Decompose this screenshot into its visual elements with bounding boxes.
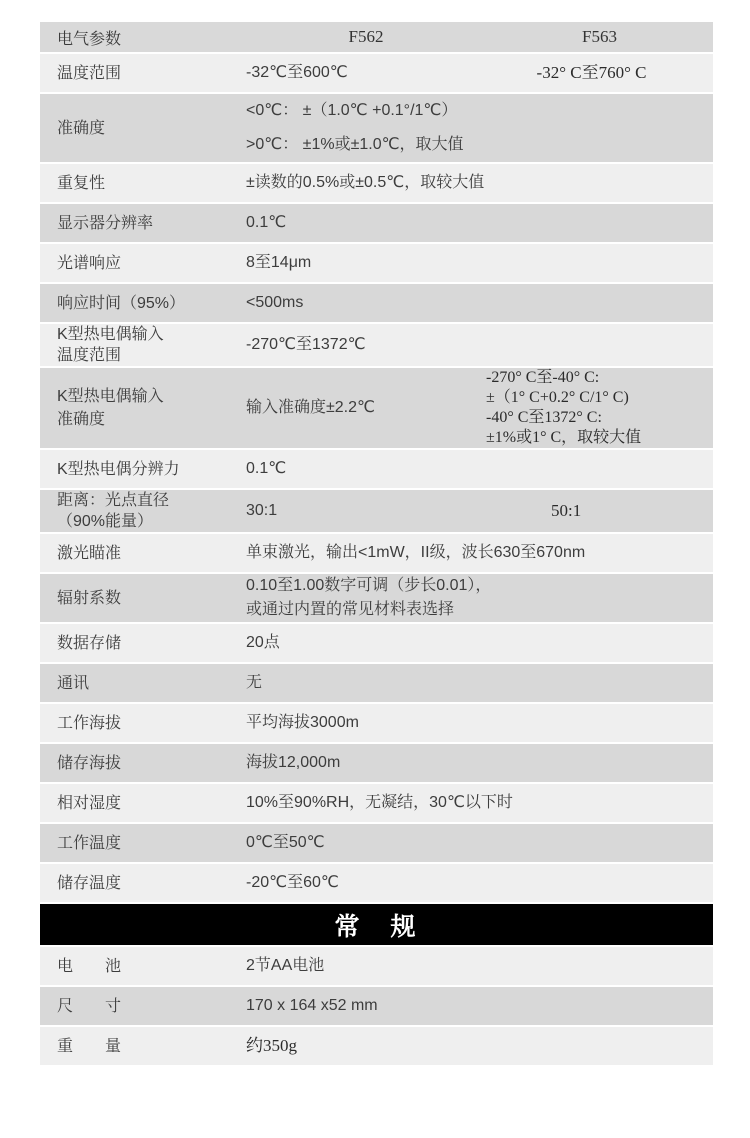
value-line: -270℃至1372℃ xyxy=(246,334,713,356)
table-row-emissivity: 辐射系数0.10至1.00数字可调（步长0.01），或通过内置的常见材料表选择 xyxy=(40,574,713,622)
param-label: K型热电偶输入准确度 xyxy=(40,385,246,431)
table-row-laser-sighting: 激光瞄准单束激光，输出<1mW，II级，波长630至670nm xyxy=(40,534,713,572)
param-label-line: 工作温度 xyxy=(57,832,246,855)
param-label-line: 温度范围 xyxy=(57,345,246,366)
param-label: 距离：光点直径（90%能量） xyxy=(40,490,246,532)
param-value: 0.10至1.00数字可调（步长0.01），或通过内置的常见材料表选择 xyxy=(246,574,713,622)
value-line: 单束激光，输出<1mW，II级，波长630至670nm xyxy=(246,542,713,564)
value-line: >0℃： ±1%或±1.0℃，取大值 xyxy=(246,128,713,162)
table-row-accuracy: 准确度<0℃： ±（1.0℃ +0.1°/1℃）>0℃： ±1%或±1.0℃，取… xyxy=(40,94,713,162)
param-label: 工作海拔 xyxy=(40,712,246,735)
param-label-line: 距离：光点直径 xyxy=(57,490,246,511)
param-label-line: 辐射系数 xyxy=(57,587,246,610)
value-line: -40° C至1372° C: xyxy=(486,408,713,428)
value-line: 50:1 xyxy=(551,500,713,522)
value-line: ±（1° C+0.2° C/1° C) xyxy=(486,388,713,408)
param-value-f562: 输入准确度±2.2℃ xyxy=(246,397,486,419)
param-label: K型热电偶输入温度范围 xyxy=(40,324,246,366)
param-label-line: 尺 寸 xyxy=(57,995,246,1018)
param-value: 约350g xyxy=(246,1035,713,1057)
param-label: 温度范围 xyxy=(40,62,246,85)
param-label-line: 重复性 xyxy=(57,172,246,195)
param-value: 0℃至50℃ xyxy=(246,832,713,854)
table-row-operating-altitude: 工作海拔平均海拔3000m xyxy=(40,704,713,742)
table-row-display-resolution: 显示器分辨率0.1℃ xyxy=(40,204,713,242)
param-label-line: 光谱响应 xyxy=(57,252,246,275)
param-value: 海拔12,000m xyxy=(246,752,713,774)
param-value: <500ms xyxy=(246,292,713,314)
param-label: 激光瞄准 xyxy=(40,542,246,565)
param-label: 工作温度 xyxy=(40,832,246,855)
param-value: 170 x 164 x52 mm xyxy=(246,995,713,1017)
spec-table: 电气参数 F562 F563 温度范围-32℃至600℃-32° C至760° … xyxy=(40,22,713,1067)
param-label-line: K型热电偶分辨力 xyxy=(57,458,246,481)
param-label: 重复性 xyxy=(40,172,246,195)
param-value: ±读数的0.5%或±0.5℃，取较大值 xyxy=(246,172,713,194)
table-row-storage-temp: 储存温度-20℃至60℃ xyxy=(40,864,713,902)
param-label-line: 储存温度 xyxy=(57,872,246,895)
param-label-line: 温度范围 xyxy=(57,62,246,85)
param-label: 重 量 xyxy=(40,1035,246,1058)
param-label: K型热电偶分辨力 xyxy=(40,458,246,481)
value-line: -20℃至60℃ xyxy=(246,872,713,894)
table-row-weight: 重 量约350g xyxy=(40,1027,713,1065)
header-electrical-params: 电气参数 xyxy=(40,26,246,49)
param-value: 8至14μm xyxy=(246,252,713,274)
value-line: 或通过内置的常见材料表选择 xyxy=(246,598,713,622)
param-value-f562: -32℃至600℃ xyxy=(246,62,486,84)
param-label-line: 工作海拔 xyxy=(57,712,246,735)
value-line: 0℃至50℃ xyxy=(246,832,713,854)
value-line: 0.10至1.00数字可调（步长0.01）， xyxy=(246,574,713,598)
param-value-f563: -32° C至760° C xyxy=(486,62,713,84)
value-line: 10%至90%RH，无凝结，30℃以下时 xyxy=(246,792,713,814)
table-row-battery: 电 池2节AA电池 xyxy=(40,947,713,985)
value-line: <0℃： ±（1.0℃ +0.1°/1℃） xyxy=(246,94,713,128)
param-label-line: 电 池 xyxy=(57,955,246,978)
param-value-f563: 50:1 xyxy=(486,500,713,522)
param-label: 准确度 xyxy=(40,117,246,140)
value-line: -32° C至760° C xyxy=(486,62,697,84)
param-label: 相对湿度 xyxy=(40,792,246,815)
param-label-line: 通讯 xyxy=(57,672,246,695)
value-line: -32℃至600℃ xyxy=(246,62,486,84)
table-row-storage-altitude: 储存海拔海拔12,000m xyxy=(40,744,713,782)
table-row-operating-temp: 工作温度0℃至50℃ xyxy=(40,824,713,862)
value-line: 170 x 164 x52 mm xyxy=(246,995,713,1017)
param-value: <0℃： ±（1.0℃ +0.1°/1℃）>0℃： ±1%或±1.0℃，取大值 xyxy=(246,94,713,162)
param-label: 通讯 xyxy=(40,672,246,695)
table-row-relative-humidity: 相对湿度10%至90%RH，无凝结，30℃以下时 xyxy=(40,784,713,822)
table-row-tc-input-range: K型热电偶输入温度范围-270℃至1372℃ xyxy=(40,324,713,366)
value-line: 输入准确度±2.2℃ xyxy=(246,397,486,419)
param-label: 储存温度 xyxy=(40,872,246,895)
param-value-f562: 30:1 xyxy=(246,500,486,522)
param-label-line: 重 量 xyxy=(57,1035,246,1058)
table-row-repeatability: 重复性±读数的0.5%或±0.5℃，取较大值 xyxy=(40,164,713,202)
param-value: 0.1℃ xyxy=(246,212,713,234)
table-body: 温度范围-32℃至600℃-32° C至760° C准确度<0℃： ±（1.0℃… xyxy=(40,54,713,1065)
param-label-line: 准确度 xyxy=(57,117,246,140)
table-row-communication: 通讯无 xyxy=(40,664,713,702)
param-value: 平均海拔3000m xyxy=(246,712,713,734)
param-value-f563: -270° C至-40° C:±（1° C+0.2° C/1° C)-40° C… xyxy=(486,368,713,448)
value-line: 2节AA电池 xyxy=(246,955,713,977)
table-header-row: 电气参数 F562 F563 xyxy=(40,22,713,52)
param-label: 数据存储 xyxy=(40,632,246,655)
param-label: 光谱响应 xyxy=(40,252,246,275)
param-label-line: 显示器分辨率 xyxy=(57,212,246,235)
param-value: 20点 xyxy=(246,632,713,654)
param-label-line: 响应时间（95%） xyxy=(57,292,246,315)
spec-sheet-page: 电气参数 F562 F563 温度范围-32℃至600℃-32° C至760° … xyxy=(0,0,750,1138)
table-row-data-storage: 数据存储20点 xyxy=(40,624,713,662)
value-line: ±读数的0.5%或±0.5℃，取较大值 xyxy=(246,172,713,194)
param-label: 尺 寸 xyxy=(40,995,246,1018)
param-label: 电 池 xyxy=(40,955,246,978)
value-line: 30:1 xyxy=(246,500,486,522)
value-line: 约350g xyxy=(246,1035,713,1057)
param-label-line: 激光瞄准 xyxy=(57,542,246,565)
param-label-line: K型热电偶输入 xyxy=(57,385,246,408)
param-label-line: 相对湿度 xyxy=(57,792,246,815)
table-row-tc-input-accuracy: K型热电偶输入准确度输入准确度±2.2℃-270° C至-40° C:±（1° … xyxy=(40,368,713,448)
param-label-line: 数据存储 xyxy=(57,632,246,655)
value-line: 平均海拔3000m xyxy=(246,712,713,734)
param-label: 响应时间（95%） xyxy=(40,292,246,315)
param-label-line: 储存海拔 xyxy=(57,752,246,775)
value-line: 20点 xyxy=(246,632,713,654)
table-row-temp-range: 温度范围-32℃至600℃-32° C至760° C xyxy=(40,54,713,92)
value-line: -270° C至-40° C: xyxy=(486,368,713,388)
value-line: 8至14μm xyxy=(246,252,713,274)
param-value: 单束激光，输出<1mW，II级，波长630至670nm xyxy=(246,542,713,564)
header-model-f562: F562 xyxy=(246,27,486,47)
value-line: ±1%或1° C，取较大值 xyxy=(486,428,713,448)
section-banner-general: 常 规 xyxy=(40,904,713,945)
value-line: 海拔12,000m xyxy=(246,752,713,774)
table-row-tc-resolution: K型热电偶分辨力0.1℃ xyxy=(40,450,713,488)
param-value: 0.1℃ xyxy=(246,458,713,480)
table-row-distance-spot: 距离：光点直径（90%能量）30:150:1 xyxy=(40,490,713,532)
param-value: 10%至90%RH，无凝结，30℃以下时 xyxy=(246,792,713,814)
table-row-dimensions: 尺 寸170 x 164 x52 mm xyxy=(40,987,713,1025)
value-line: 无 xyxy=(246,672,713,694)
param-label: 储存海拔 xyxy=(40,752,246,775)
param-label: 辐射系数 xyxy=(40,587,246,610)
value-line: 0.1℃ xyxy=(246,458,713,480)
param-value: 2节AA电池 xyxy=(246,955,713,977)
table-row-spectral-response: 光谱响应8至14μm xyxy=(40,244,713,282)
value-line: <500ms xyxy=(246,292,713,314)
value-line: 0.1℃ xyxy=(246,212,713,234)
param-label-line: （90%能量） xyxy=(57,511,246,532)
param-value: 无 xyxy=(246,672,713,694)
param-label-line: K型热电偶输入 xyxy=(57,324,246,345)
param-label-line: 准确度 xyxy=(57,408,246,431)
param-value: -270℃至1372℃ xyxy=(246,334,713,356)
param-value: -20℃至60℃ xyxy=(246,872,713,894)
table-row-response-time: 响应时间（95%）<500ms xyxy=(40,284,713,322)
param-label: 显示器分辨率 xyxy=(40,212,246,235)
header-model-f563: F563 xyxy=(486,27,713,47)
